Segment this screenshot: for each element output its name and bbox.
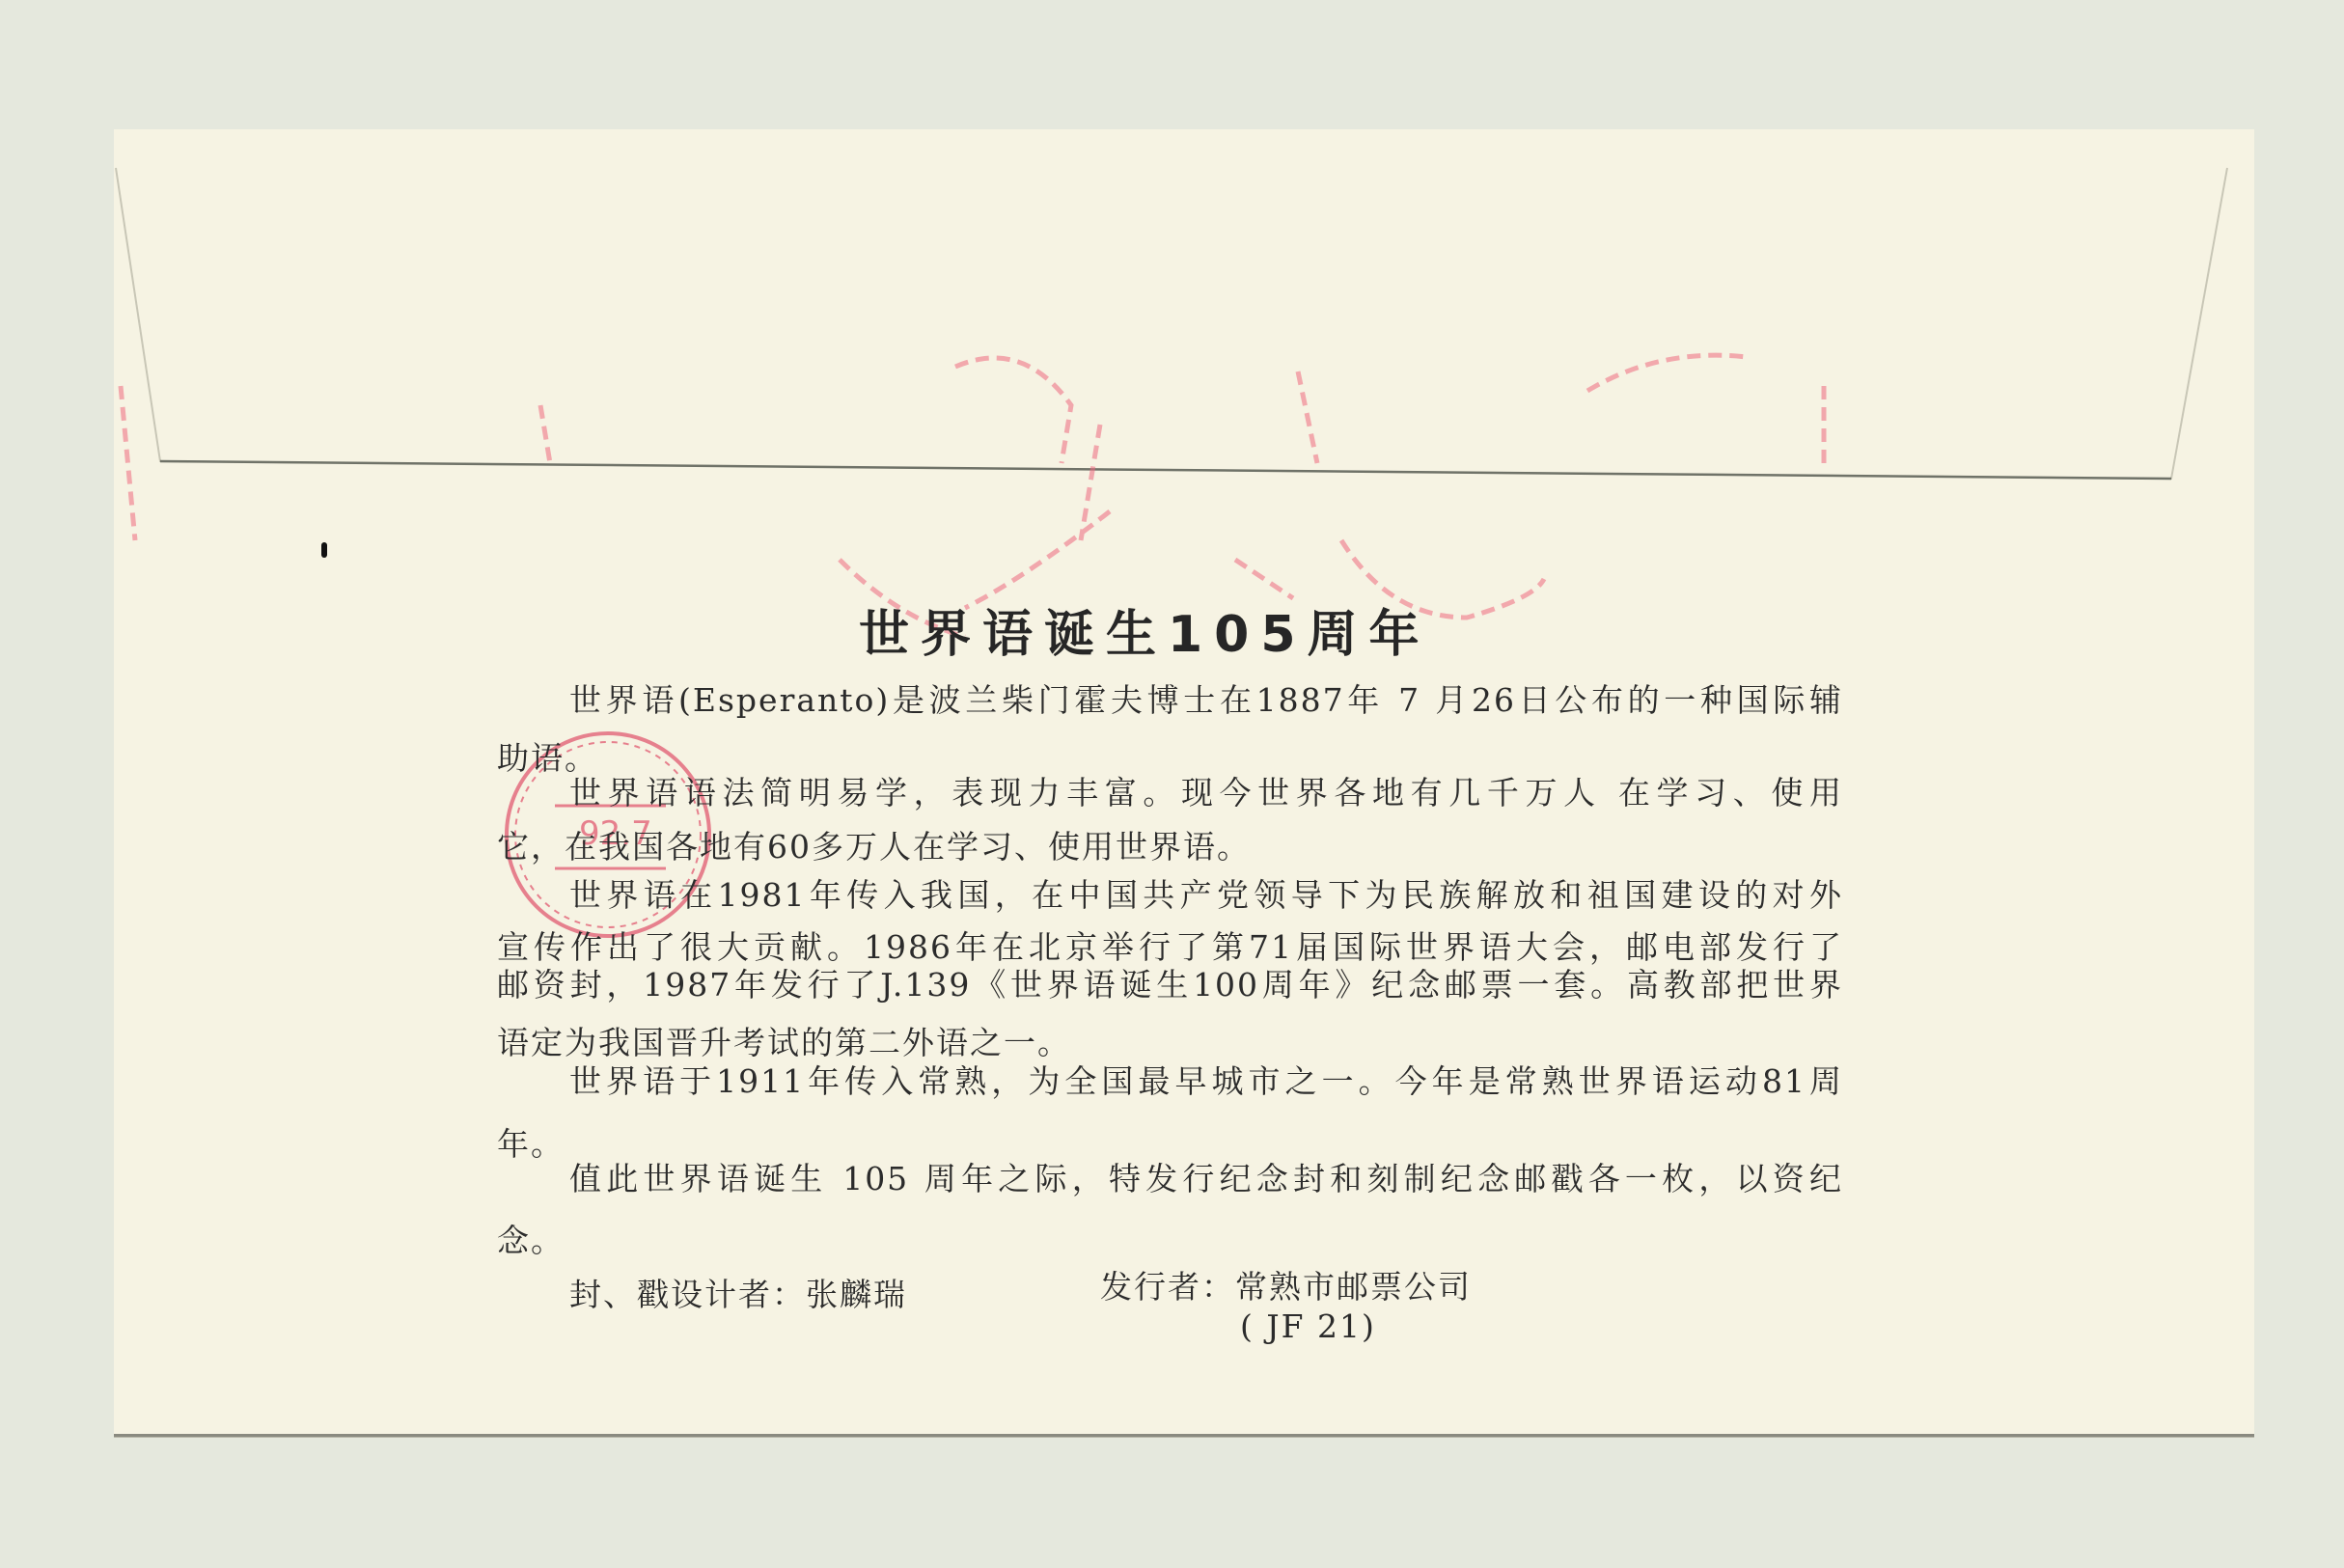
paragraph-5-line-1: 值此世界语诞生 105 周年之际，特发行纪念封和刻制纪念邮戳各一枚，以资纪 xyxy=(569,1154,1843,1199)
paragraph-4-line-1: 世界语于1911年传入常熟，为全国最早城市之一。今年是常熟世界语运动81周 xyxy=(569,1057,1843,1102)
issuer-credit: 发行者：常熟市邮票公司 xyxy=(1100,1262,1472,1307)
paragraph-3-line-3: 邮资封，1987年发行了J.139《世界语诞生100周年》纪念邮票一套。高教部把… xyxy=(497,960,1843,1005)
paragraph-2-line-1: 世界语语法简明易学，表现力丰富。现今世界各地有几千万人 在学习、使用 xyxy=(569,768,1843,813)
paragraph-1-line-1: 世界语(Esperanto)是波兰柴门霍夫博士在1887年 7 月26日公布的一… xyxy=(569,675,1843,721)
paragraph-5-line-2: 念。 xyxy=(497,1216,565,1261)
ink-speck xyxy=(321,542,327,558)
page-title: 世界语诞生105周年 xyxy=(859,593,1476,666)
designer-credit: 封、戳设计者：张麟瑞 xyxy=(569,1270,907,1315)
paragraph-4-line-2: 年。 xyxy=(497,1119,565,1165)
cover-code: ( JF 21) xyxy=(1240,1307,1376,1345)
paragraph-3-line-1: 世界语在1981年传入我国，在中国共产党领导下为民族解放和祖国建设的对外 xyxy=(569,870,1843,916)
paragraph-2-line-2: 它，在我国各地有60多万人在学习、使用世界语。 xyxy=(497,822,1251,867)
